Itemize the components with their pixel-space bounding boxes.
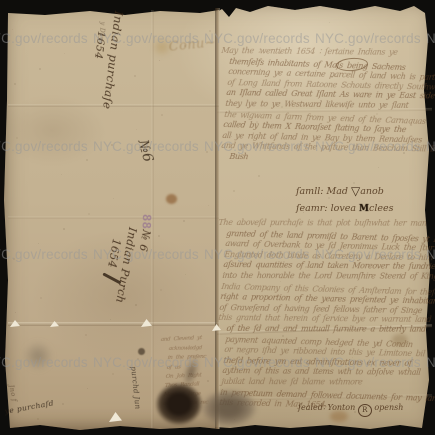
signer-name: anob [360, 186, 384, 197]
manuscript-line: into the honorable the Lord Deumſhire St… [222, 271, 435, 281]
paper-speckle [113, 198, 114, 199]
fold-crease [8, 322, 219, 326]
archive-stamp-88: 88 [139, 214, 154, 230]
paper-speckle [234, 419, 235, 420]
closing-prefix: ſealed∶ Yonton [298, 403, 355, 412]
paper-speckle [87, 388, 88, 389]
paper-speckle [61, 174, 62, 175]
paper-speckle [378, 167, 379, 168]
signer-name: clees [369, 203, 393, 214]
paper-speckle [161, 114, 163, 116]
signature-line: ſeamr: lovea Mclees [296, 200, 394, 218]
paper-speckle [112, 373, 114, 375]
paper-speckle [86, 159, 88, 161]
paper-speckle [15, 312, 16, 313]
fold-crease [8, 216, 219, 219]
manuscript-line: of the ſd and and mutuall furniture a bi… [226, 324, 426, 334]
paper-speckle [280, 281, 281, 282]
paper-speckle [158, 235, 160, 237]
attestation-signatures: ſamll: Mad ▽anob ſeamr: lovea Mclees [296, 182, 394, 218]
paper-speckle [63, 228, 65, 230]
paper-speckle [64, 53, 65, 54]
paper-speckle [207, 380, 209, 382]
manuscript-line: Bush [229, 152, 249, 161]
closing-suffix: opensh [374, 403, 403, 412]
paper-speckle [159, 60, 160, 61]
closing-signature: ſealed∶ Yonton R opensh [298, 403, 403, 417]
paper-speckle [12, 29, 13, 30]
signature-line: ſamll: Mad ▽anob [296, 182, 394, 200]
signature-cross-mark: M [359, 201, 369, 218]
signer-name: lovea [331, 203, 356, 214]
signature-prefix: ſeamr: [296, 203, 328, 214]
witness-line: of us [167, 364, 181, 370]
manuscript-line: they lye to ye Westward likewiſe unto ye… [225, 99, 409, 110]
manuscript-line: The aboveſd purchaſe is that plot buſhwh… [218, 218, 427, 228]
paper-speckle [38, 243, 39, 244]
paper-speckle [40, 297, 42, 299]
signature-prefix: ſamll: [296, 186, 323, 197]
circled-seal-mark: R [358, 404, 372, 417]
paper-speckle [233, 190, 235, 192]
manuscript-line: May the ∶wentieth 1654 ∶ ſertaine Indian… [221, 46, 398, 57]
paper-speckle [14, 83, 16, 85]
paper-speckle [208, 205, 209, 206]
manuscript-line: jubilat land have ſd blame wthmore [221, 377, 363, 386]
witness-line: Most at large [164, 391, 201, 398]
signer-name: Mad [327, 186, 348, 197]
paper-speckle [185, 274, 186, 275]
witness-line: On Joh Right [166, 372, 202, 379]
scanned-document-image: Indian purchaſe 1654 y Day Conu~ №6 88 №… [0, 0, 435, 435]
signature-triangle-mark: ▽ [351, 183, 360, 200]
witness-line: acknowledgd [169, 345, 203, 352]
paper-speckle [37, 418, 39, 420]
paper-speckle [329, 22, 330, 23]
paper-speckle [136, 129, 137, 130]
paper-speckle [110, 319, 111, 320]
